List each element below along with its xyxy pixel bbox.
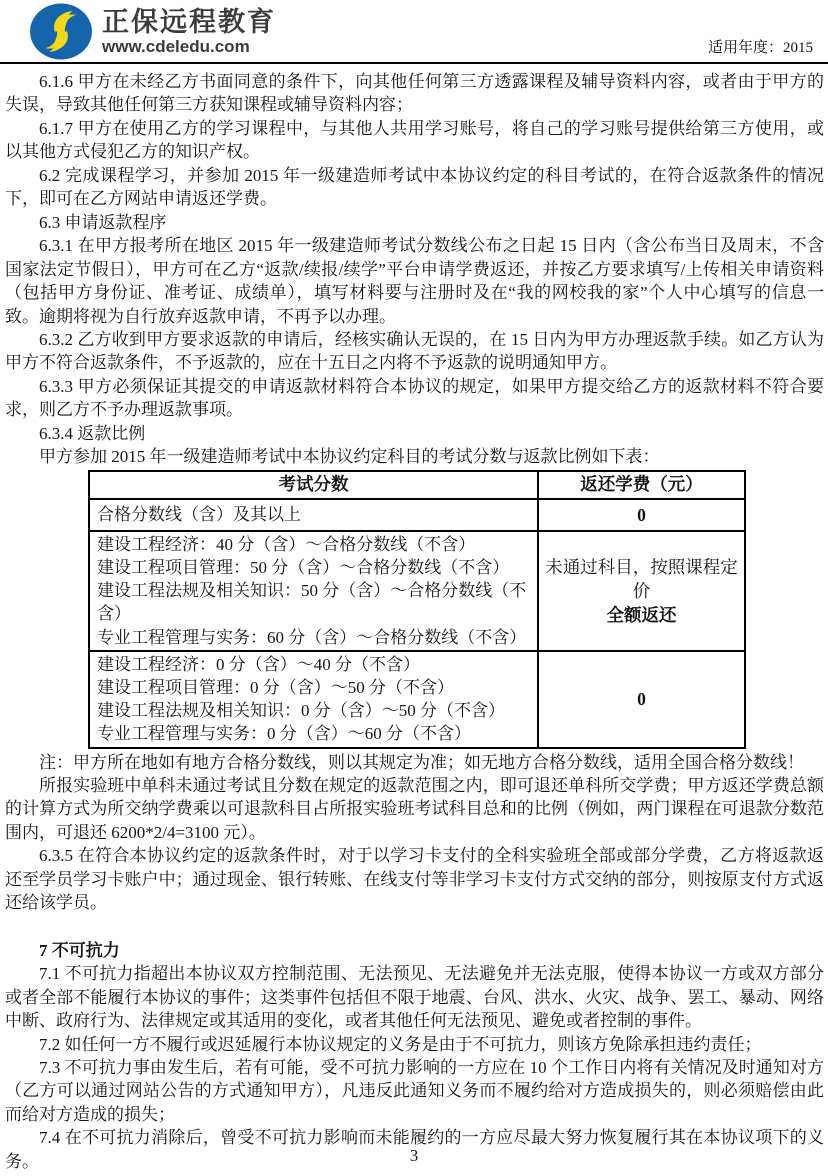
- refund-calculation: 所报实验班中单科未通过考试且分数在规定的返款范围之内，即可退还单科所交学费；甲方…: [5, 774, 824, 844]
- table-row: 建设工程经济：0 分（含）～40 分（不含） 建设工程项目管理：0 分（含）～5…: [89, 651, 745, 748]
- clause-6-1-7: 6.1.7 甲方在使用乙方的学习课程中，与其他人共用学习账号，将自己的学习账号提…: [5, 117, 824, 164]
- contract-body: 6.1.6 甲方在未经乙方书面同意的条件下，向其他任何第三方透露课程及辅导资料内…: [0, 64, 828, 1173]
- page-number: 3: [0, 1146, 828, 1166]
- score-cell: 合格分数线（含）及其以上: [89, 499, 538, 531]
- score-line: 建设工程法规及相关知识：0 分（含）～50 分（不含）: [97, 699, 531, 722]
- refund-cell: 0: [538, 651, 745, 748]
- clause-7-3: 7.3 不可抗力事由发生后，若有可能，受不可抗力影响的一方应在 10 个工作日内…: [5, 1056, 824, 1126]
- clause-6-3: 6.3 申请返款程序: [5, 211, 824, 234]
- score-line: 建设工程经济：0 分（含）～40 分（不含）: [97, 653, 531, 676]
- score-line: 专业工程管理与实务：60 分（含）～合格分数线（不含）: [97, 626, 531, 649]
- clause-6-3-2: 6.3.2 乙方收到甲方要求返款的申请后，经核实确认无误的，在 15 日内为甲方…: [5, 328, 824, 375]
- clause-6-3-1: 6.3.1 在甲方报考所在地区 2015 年一级建造师考试分数线公布之日起 15…: [5, 234, 824, 328]
- table-header-score: 考试分数: [89, 471, 538, 499]
- score-line: 专业工程管理与实务：0 分（含）～60 分（不含）: [97, 722, 531, 745]
- table-row: 建设工程经济：40 分（含）～合格分数线（不含） 建设工程项目管理：50 分（含…: [89, 531, 745, 651]
- refund-cell: 未通过科目，按照课程定价 全额返还: [538, 531, 745, 651]
- page-header: 正保远程教育 www.cdeledu.com 适用年度：2015: [0, 0, 828, 64]
- applicable-year-label: 适用年度：2015: [708, 36, 813, 57]
- refund-line: 全额返还: [543, 603, 740, 627]
- clause-6-2: 6.2 完成课程学习，并参加 2015 年一级建造师考试中本协议约定的科目考试的…: [5, 164, 824, 211]
- score-cell: 建设工程经济：0 分（含）～40 分（不含） 建设工程项目管理：0 分（含）～5…: [89, 651, 538, 748]
- clause-6-1-6: 6.1.6 甲方在未经乙方书面同意的条件下，向其他任何第三方透露课程及辅导资料内…: [5, 70, 824, 117]
- score-line: 建设工程法规及相关知识：50 分（含）～合格分数线（不含）: [97, 579, 531, 625]
- logo-text: 正保远程教育 www.cdeledu.com: [102, 3, 276, 57]
- clause-7-2: 7.2 如任何一方不履行或迟延履行本协议规定的义务是由于不可抗力，则该方免除承担…: [5, 1033, 824, 1056]
- refund-line: 未通过科目，按照课程定价: [543, 555, 740, 603]
- clause-6-3-3: 6.3.3 甲方必须保证其提交的申请返款材料符合本协议的规定，如果甲方提交给乙方…: [5, 375, 824, 422]
- score-line: 建设工程项目管理：0 分（含）～50 分（不含）: [97, 676, 531, 699]
- refund-cell: 0: [538, 499, 745, 531]
- cdeledu-logo-icon: [29, 3, 93, 60]
- table-note: 注：甲方所在地如有地方合格分数线，则以其规定为准；如无地方合格分数线，适用全国合…: [5, 751, 824, 774]
- table-header-row: 考试分数 返还学费（元）: [89, 471, 745, 499]
- refund-table-intro: 甲方参加 2015 年一级建造师考试中本协议约定科目的考试分数与返款比例如下表：: [5, 445, 824, 468]
- score-cell: 建设工程经济：40 分（含）～合格分数线（不含） 建设工程项目管理：50 分（含…: [89, 531, 538, 651]
- document-page: 正保远程教育 www.cdeledu.com 适用年度：2015 6.1.6 甲…: [0, 0, 828, 1176]
- table-header-refund: 返还学费（元）: [538, 471, 745, 499]
- logo-title: 正保远程教育: [102, 7, 276, 37]
- clause-7-1: 7.1 不可抗力指超出本协议双方控制范围、无法预见、无法避免并无法克服，使得本协…: [5, 962, 824, 1032]
- refund-ratio-table: 考试分数 返还学费（元） 合格分数线（含）及其以上 0 建设工程经济：40 分（…: [88, 470, 746, 749]
- score-line: 建设工程经济：40 分（含）～合格分数线（不含）: [97, 533, 531, 556]
- table-row: 合格分数线（含）及其以上 0: [89, 499, 745, 531]
- clause-6-3-5: 6.3.5 在符合本协议约定的返款条件时，对于以学习卡支付的全科实验班全部或部分…: [5, 844, 824, 914]
- section-7-heading: 7 不可抗力: [5, 939, 824, 962]
- clause-6-3-4: 6.3.4 返款比例: [5, 422, 824, 445]
- score-line: 建设工程项目管理：50 分（含）～合格分数线（不含）: [97, 556, 531, 579]
- logo: 正保远程教育 www.cdeledu.com: [29, 3, 276, 60]
- logo-url: www.cdeledu.com: [102, 37, 276, 57]
